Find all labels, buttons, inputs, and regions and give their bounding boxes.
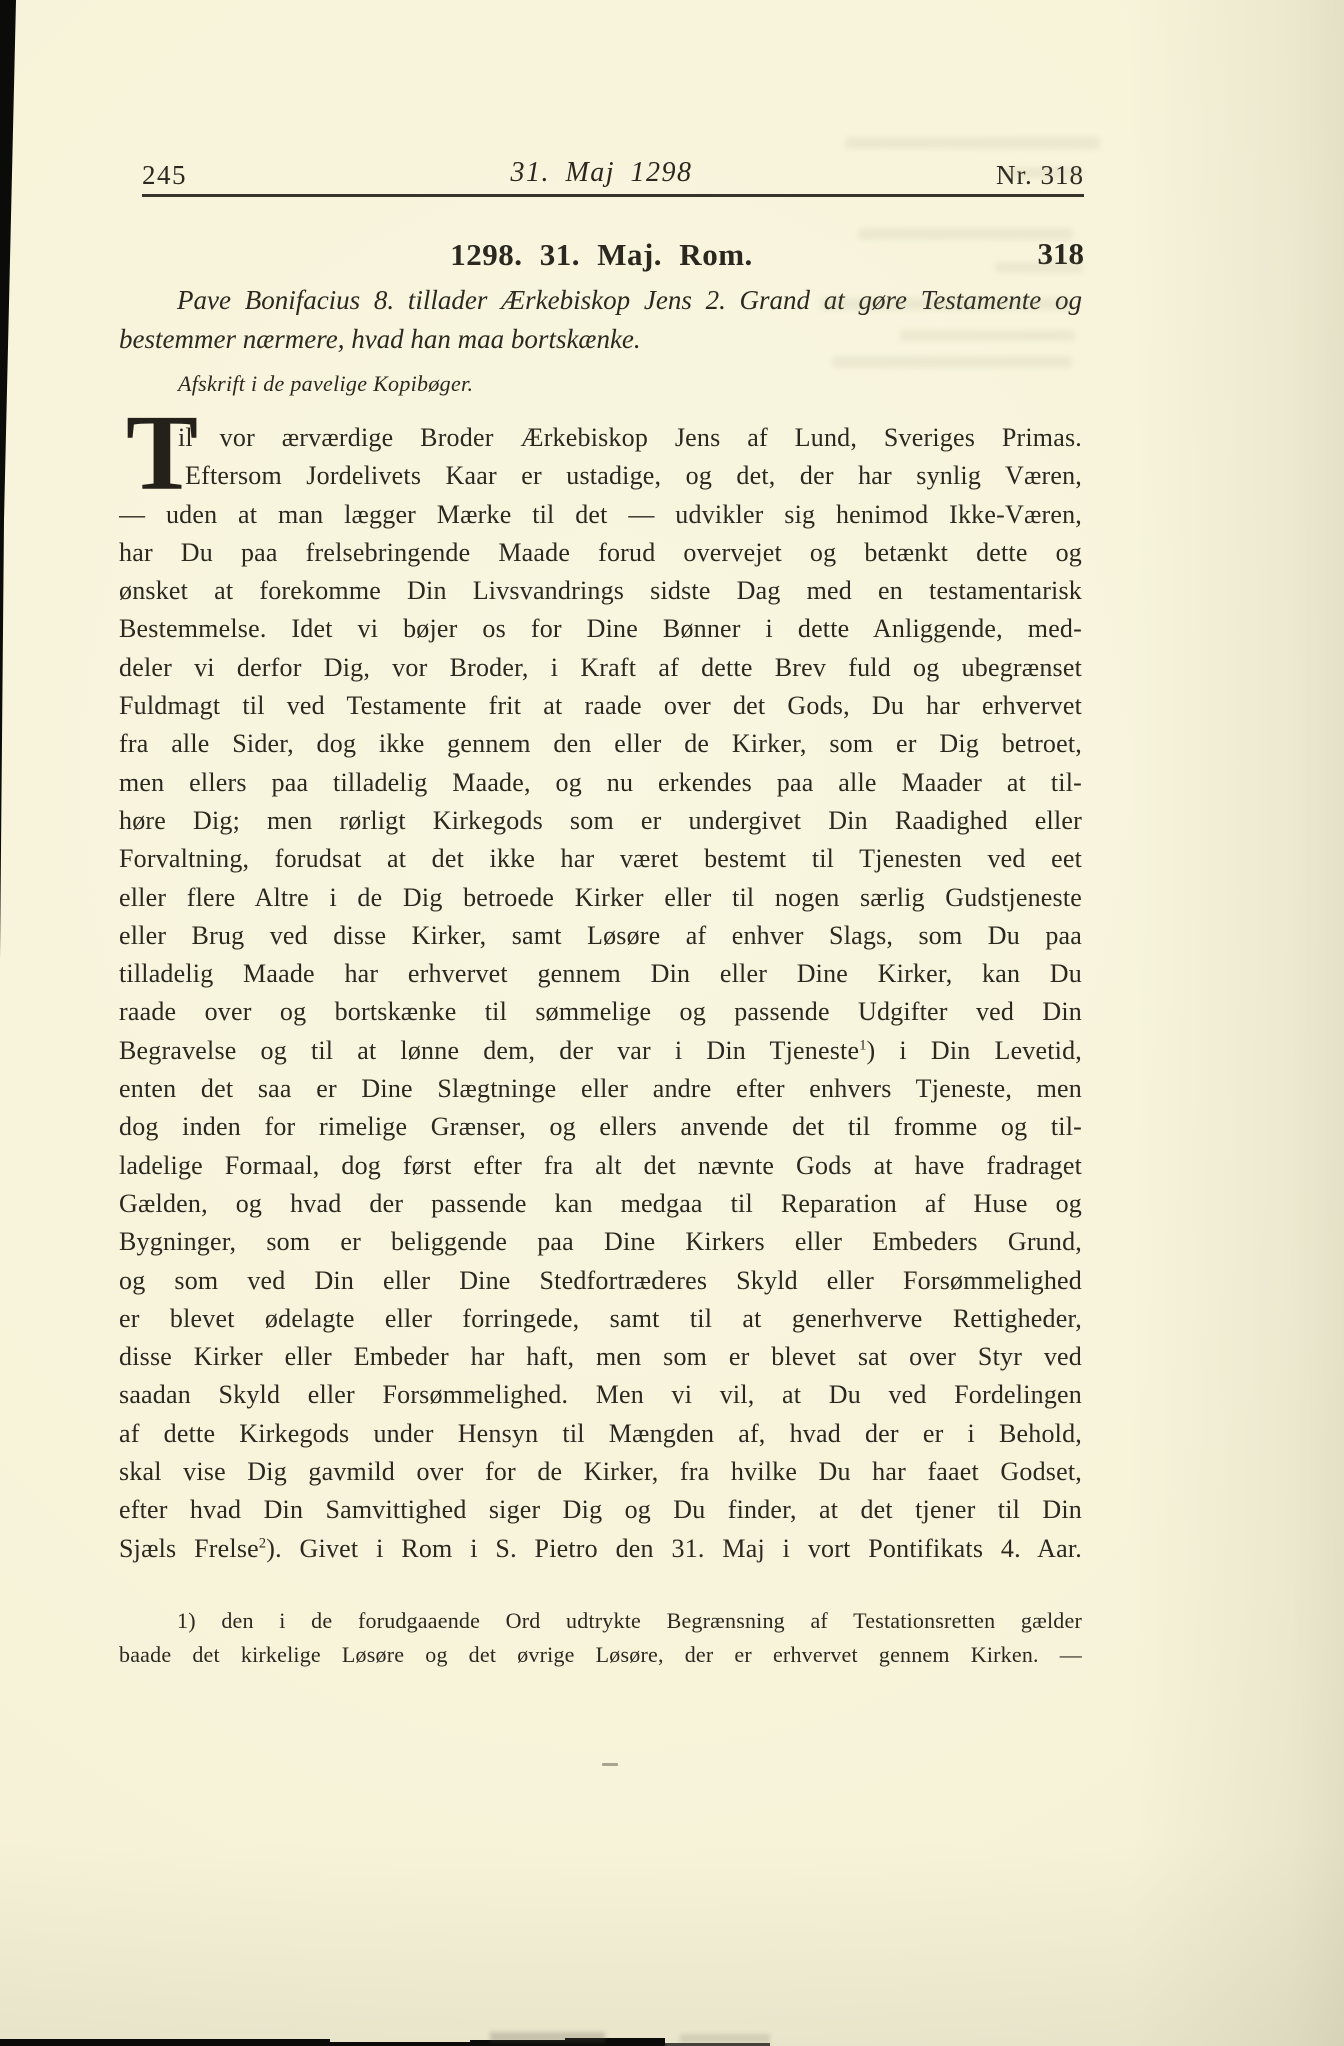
body-line: disse Kirker eller Embeder har haft, men… <box>119 1338 1082 1376</box>
bleedthrough-mark <box>820 298 1070 310</box>
entry-number: 318 <box>119 236 1084 272</box>
body-line: Bygninger, som er beliggende paa Dine Ki… <box>119 1223 1082 1261</box>
bleedthrough-mark <box>845 137 1100 149</box>
body-line: ønsket at forekomme Din Livsvandrings si… <box>119 572 1082 610</box>
bleedthrough-mark <box>832 356 1072 368</box>
body-line: Fuldmagt til ved Testamente frit at raad… <box>119 687 1082 725</box>
footnote: 1) den i de forudgaaende Ord udtrykte Be… <box>119 1604 1082 1672</box>
body-line: skal vise Dig gavmild over for de Kirker… <box>119 1453 1082 1491</box>
header-number-label: Nr. 318 <box>119 160 1084 191</box>
body-line: fra alle Sider, dog ikke gennem den elle… <box>119 725 1082 763</box>
letter-body: il vor ærværdige Broder Ærkebiskop Jens … <box>119 419 1082 1568</box>
body-line: Begravelse og til at lønne dem, der var … <box>119 1032 1082 1070</box>
header-rule <box>142 194 1084 197</box>
body-line: deler vi derfor Dig, vor Broder, i Kraft… <box>119 649 1082 687</box>
body-line: eller Brug ved disse Kirker, samt Løsøre… <box>119 917 1082 955</box>
entry-summary: Pave Bonifacius 8. tillader Ærkebiskop J… <box>119 281 1082 359</box>
scanner-edge-left <box>0 0 20 960</box>
bleedthrough-mark <box>1003 168 1083 178</box>
body-line: af dette Kirkegods under Hensyn til Mæng… <box>119 1415 1082 1453</box>
body-line: il vor ærværdige Broder Ærkebiskop Jens … <box>119 419 1082 457</box>
scanner-edge-bottom <box>0 2039 330 2046</box>
footnote-line: 1) den i de forudgaaende Ord udtrykte Be… <box>119 1604 1082 1638</box>
scanner-smudge <box>680 2034 770 2043</box>
bleedthrough-mark <box>995 262 1083 273</box>
scanner-smudge <box>490 2032 605 2042</box>
body-line: Eftersom Jordelivets Kaar er ustadige, o… <box>119 457 1082 495</box>
body-line: Sjæls Frelse2). Givet i Rom i S. Pietro … <box>119 1530 1082 1568</box>
body-line: er blevet ødelagte eller forringede, sam… <box>119 1300 1082 1338</box>
body-line: høre Dig; men rørligt Kirkegods som er u… <box>119 802 1082 840</box>
body-line: ladelige Formaal, dog først efter fra al… <box>119 1147 1082 1185</box>
body-line: raade over og bortskænke til sømmelige o… <box>119 993 1082 1031</box>
body-line: enten det saa er Dine Slægtninge eller a… <box>119 1070 1082 1108</box>
body-line: saadan Skyld eller Forsømmelighed. Men v… <box>119 1376 1082 1414</box>
body-line: efter hvad Din Samvittighed siger Dig og… <box>119 1491 1082 1529</box>
footnote-line: baade det kirkelige Løsøre og det øvrige… <box>119 1638 1082 1672</box>
scanner-edge-bottom <box>330 2042 470 2046</box>
body-line: eller flere Altre i de Dig betroede Kirk… <box>119 879 1082 917</box>
body-line: — uden at man lægger Mærke til det — udv… <box>119 496 1082 534</box>
body-line: men ellers paa tilladelig Maade, og nu e… <box>119 764 1082 802</box>
footnote-marker: 2 <box>259 1535 266 1551</box>
body-line: tilladelig Maade har erhvervet gennem Di… <box>119 955 1082 993</box>
body-line: og som ved Din eller Dine Stedfortrædere… <box>119 1262 1082 1300</box>
body-line: har Du paa frelsebringende Maade forud o… <box>119 534 1082 572</box>
body-line: Bestemmelse. Idet vi bøjer os for Dine B… <box>119 610 1082 648</box>
source-note: Afskrift i de pavelige Kopibøger. <box>178 371 473 397</box>
body-line: Forvaltning, forudsat at det ikke har væ… <box>119 840 1082 878</box>
stray-dash-mark <box>602 1763 618 1766</box>
bleedthrough-mark <box>858 228 1073 240</box>
footnote-marker: 1 <box>859 1037 866 1053</box>
bleedthrough-mark <box>900 330 1075 341</box>
body-line: dog inden for rimelige Grænser, og eller… <box>119 1108 1082 1146</box>
scanned-page: 245 31. Maj 1298 Nr. 318 1298. 31. Maj. … <box>0 0 1344 2046</box>
body-line: Gælden, og hvad der passende kan medgaa … <box>119 1185 1082 1223</box>
